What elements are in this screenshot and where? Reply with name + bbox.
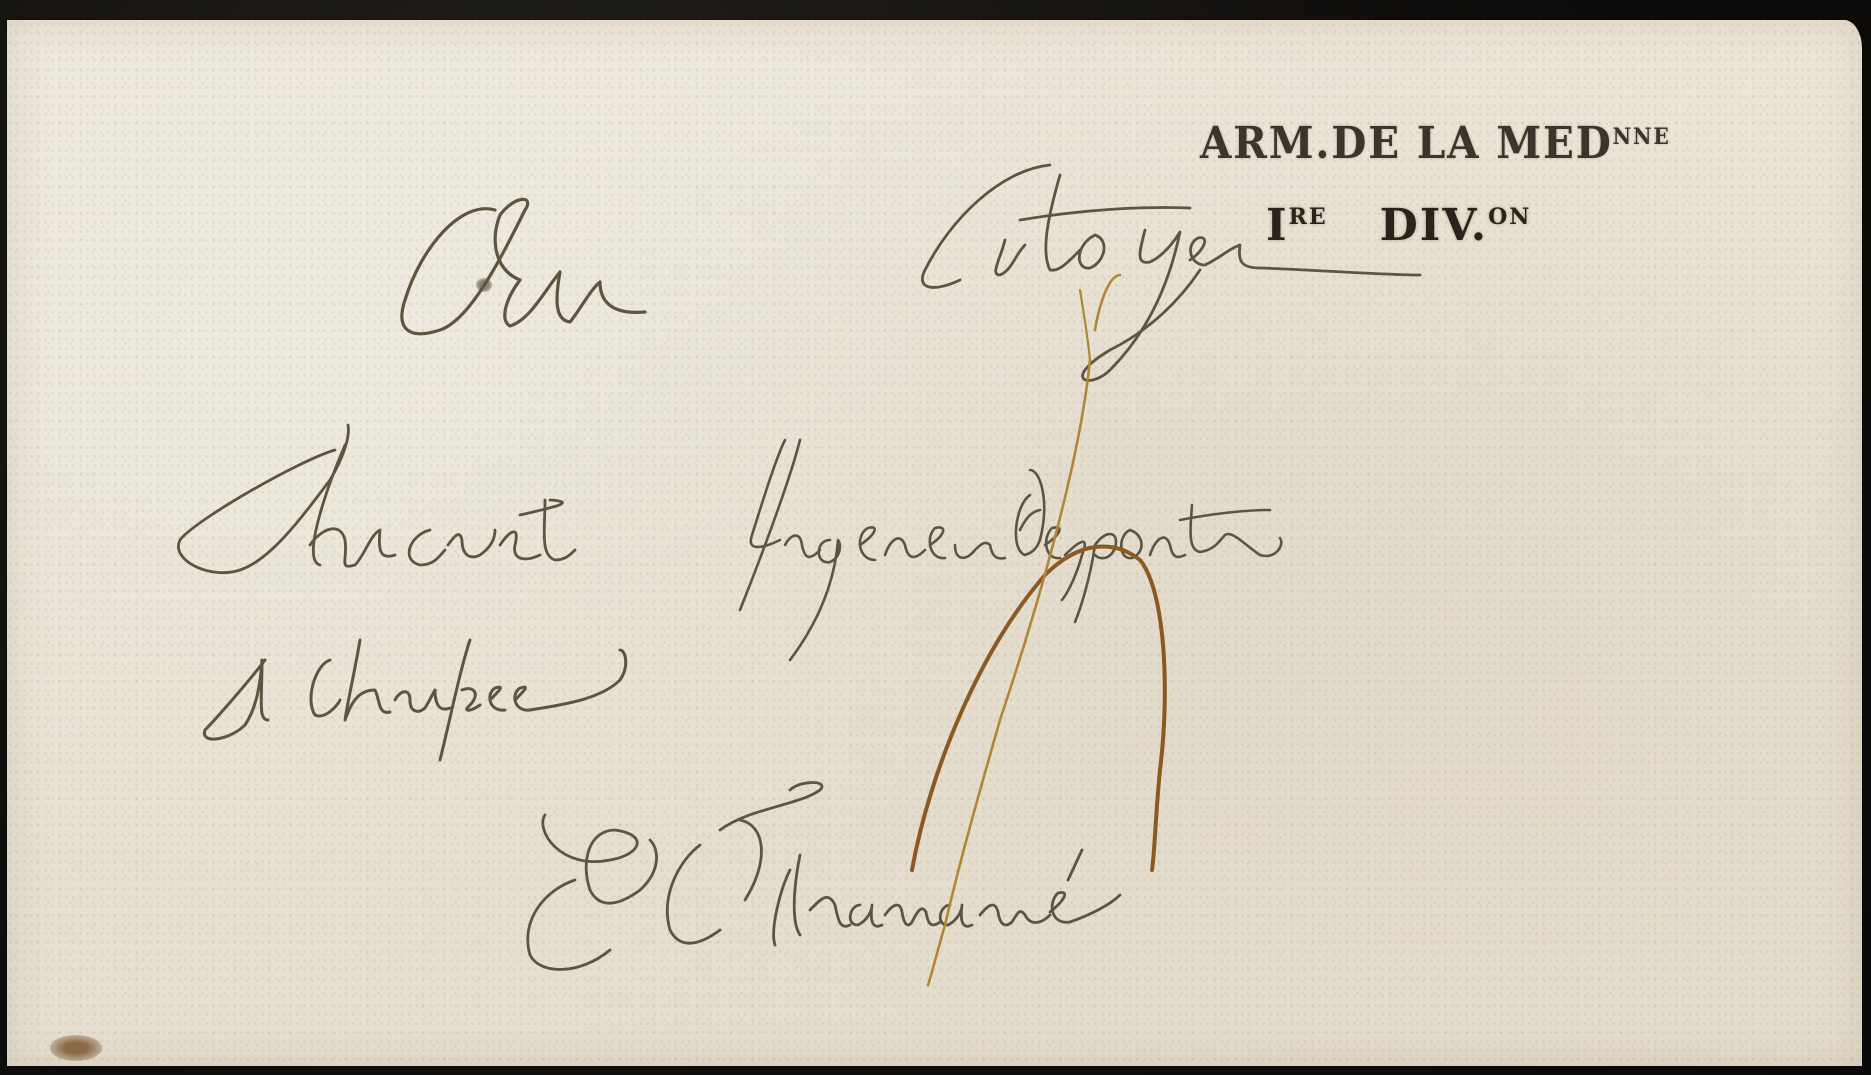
handwritten-address: [0, 0, 1871, 1075]
